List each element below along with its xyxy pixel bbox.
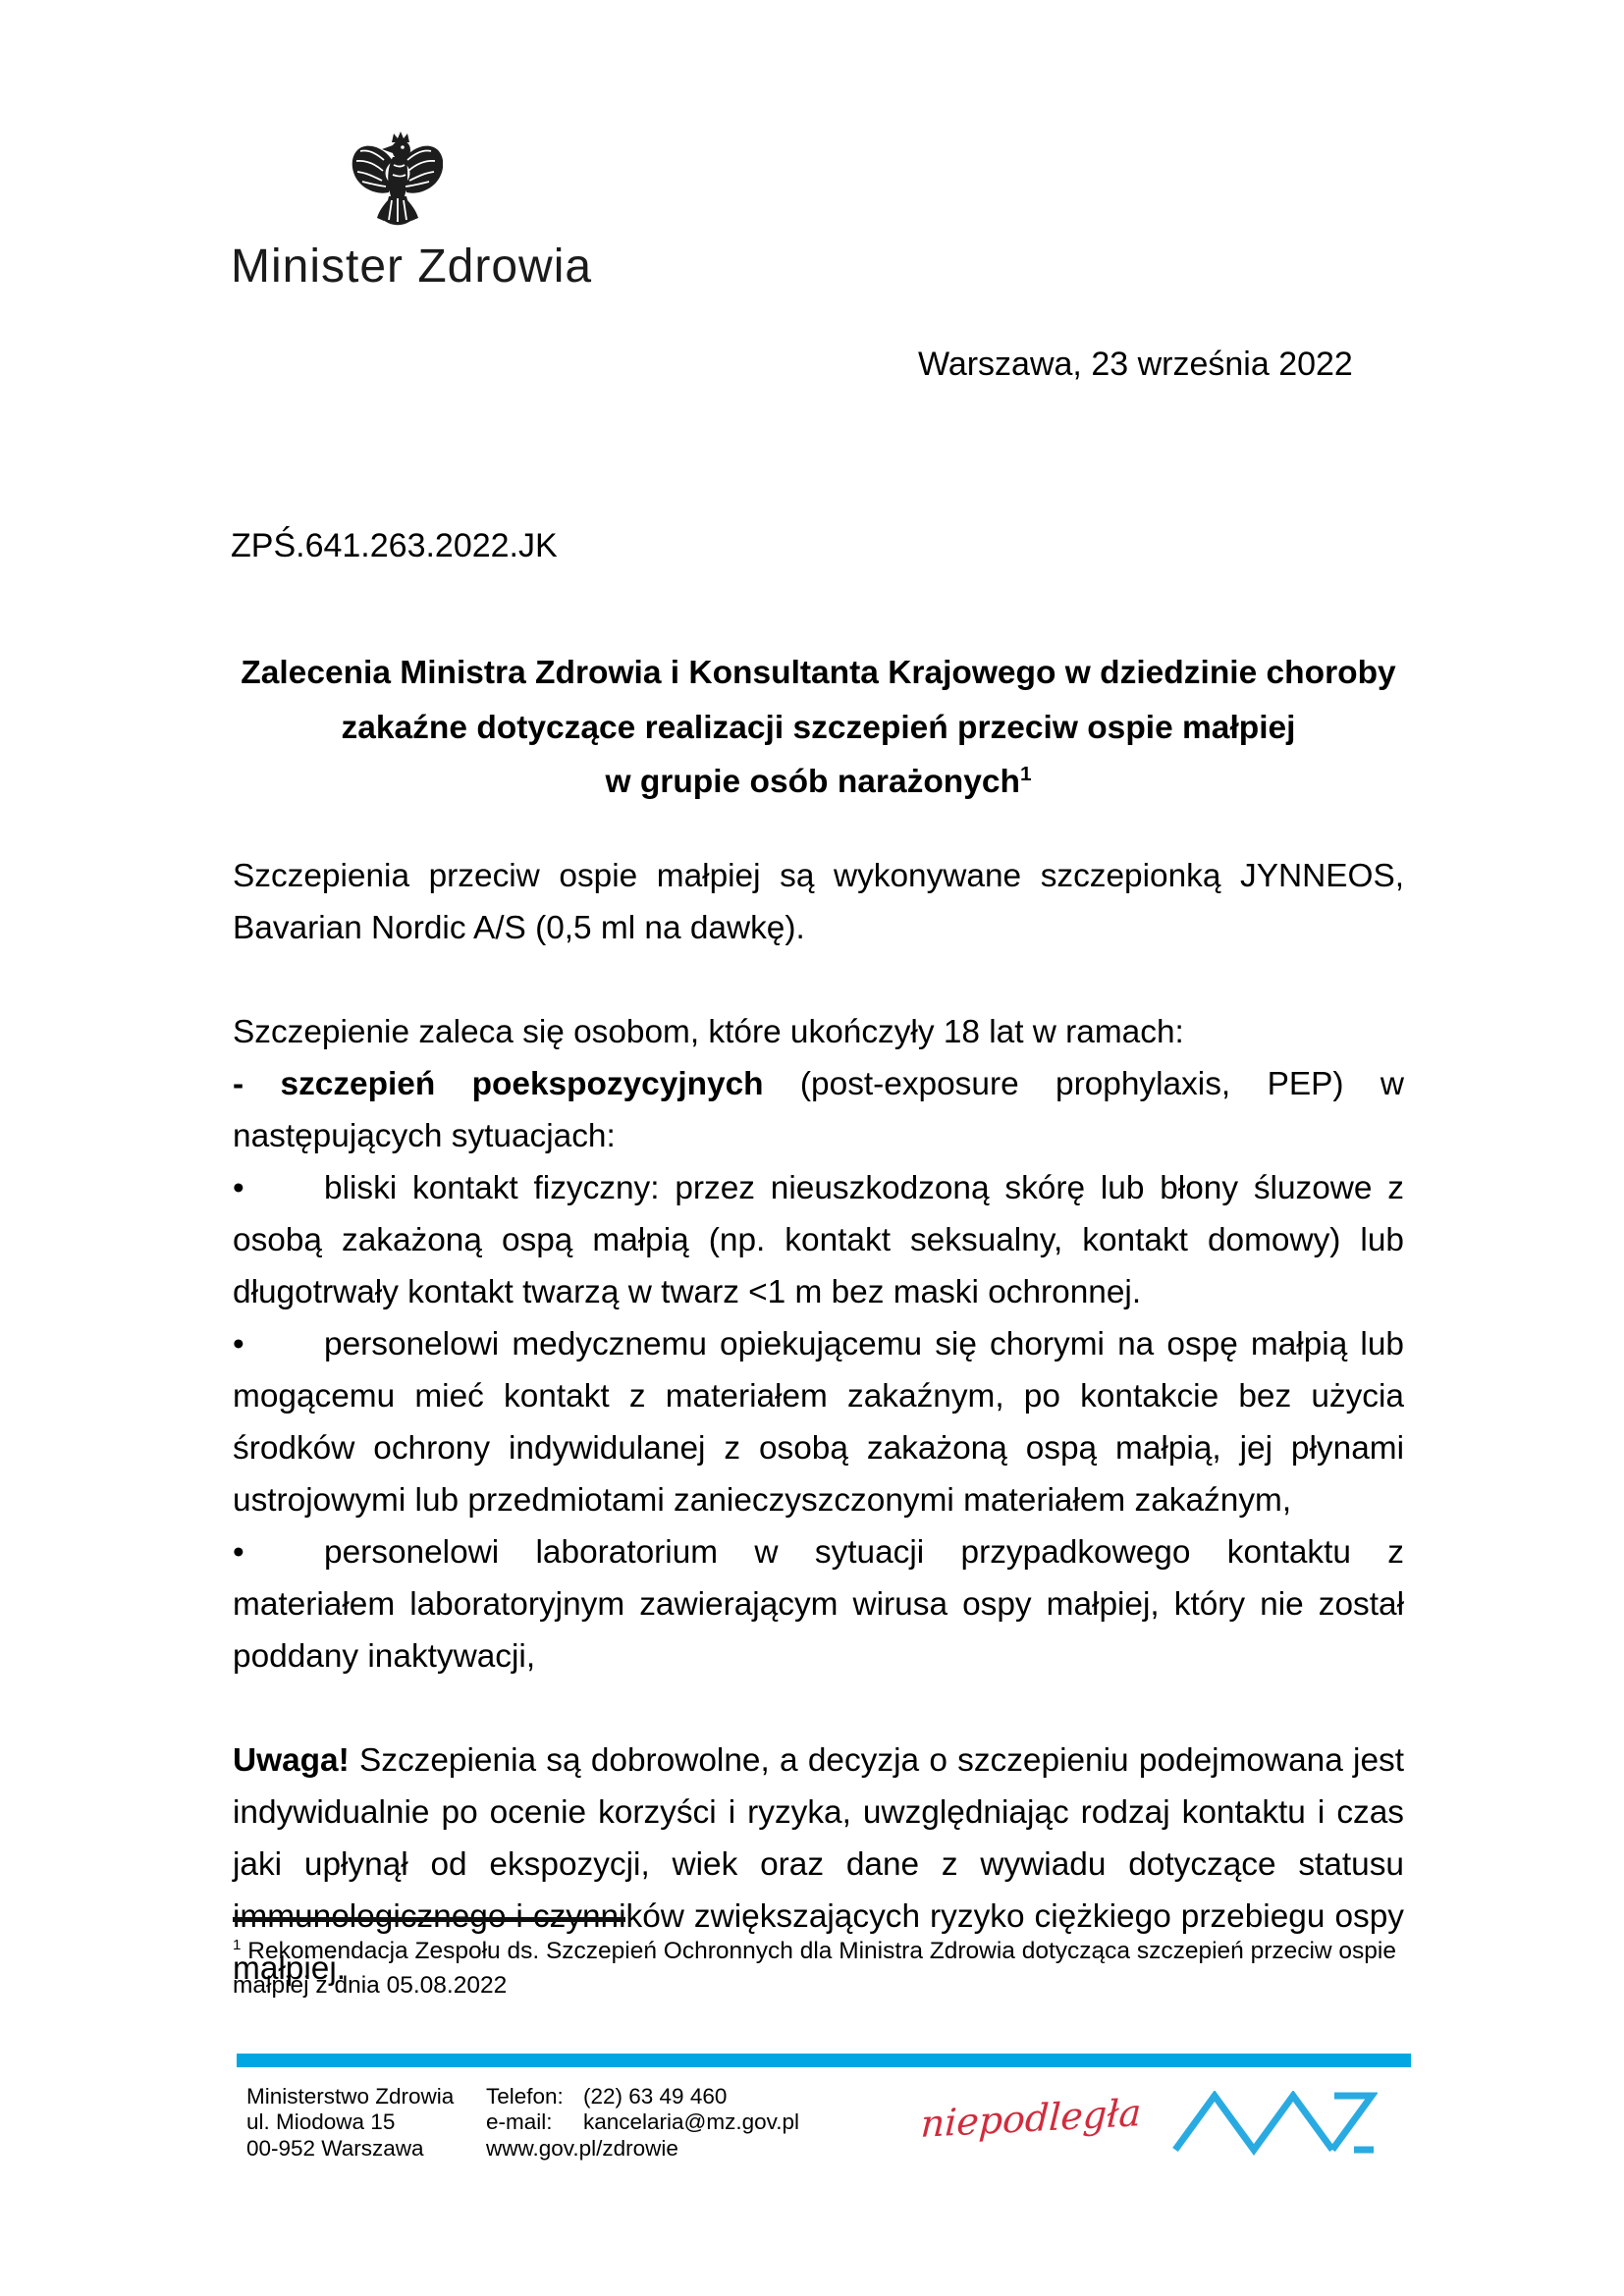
footnote: 1 Rekomendacja Zespołu ds. Szczepień Och… bbox=[233, 1934, 1396, 2002]
title-line: w grupie osób narażonych1 bbox=[233, 755, 1404, 810]
text-segment: Szczepienia przeciw ospie małpiej są wyk… bbox=[233, 858, 1404, 946]
document-title: Zalecenia Ministra Zdrowia i Konsultanta… bbox=[233, 646, 1404, 810]
footer-contact-value: kancelaria@mz.gov.pl bbox=[583, 2109, 799, 2134]
footer-contact-label: Telefon: bbox=[486, 2084, 583, 2109]
footer-address-line: Ministerstwo Zdrowia bbox=[246, 2084, 454, 2109]
paragraph: - szczepień poekspozycyjnych (post-expos… bbox=[233, 1058, 1404, 1162]
footer-contact-row: e-mail:kancelaria@mz.gov.pl bbox=[486, 2109, 799, 2135]
footer-contact-label: www.gov.pl/zdrowie bbox=[486, 2136, 678, 2162]
polish-eagle-emblem bbox=[349, 130, 443, 241]
footer-contact-row: Telefon:(22) 63 49 460 bbox=[486, 2084, 799, 2109]
reference-number: ZPŚ.641.263.2022.JK bbox=[231, 527, 558, 565]
footer-accent-bar bbox=[237, 2054, 1411, 2067]
document-page: Minister Zdrowia Warszawa, 23 września 2… bbox=[0, 0, 1624, 2296]
text-segment: - szczepień poekspozycyjnych bbox=[233, 1066, 764, 1102]
document-body: Szczepienia przeciw ospie małpiej są wyk… bbox=[233, 850, 1404, 1995]
bullet-item: •personelowi laboratorium w sytuacji prz… bbox=[233, 1526, 1404, 1682]
text-segment: personelowi laboratorium w sytuacji przy… bbox=[233, 1534, 1404, 1675]
text-segment: Uwaga! bbox=[233, 1742, 350, 1779]
footer-contact: Telefon:(22) 63 49 460e-mail:kancelaria@… bbox=[486, 2084, 799, 2162]
ministry-name: Minister Zdrowia bbox=[231, 240, 592, 294]
bullet-marker: • bbox=[233, 1162, 324, 1214]
title-line: Zalecenia Ministra Zdrowia i Konsultanta… bbox=[233, 646, 1404, 701]
bullet-item: •bliski kontakt fizyczny: przez nieuszko… bbox=[233, 1162, 1404, 1318]
title-footnote-reference: 1 bbox=[1020, 763, 1032, 785]
text-segment: Szczepienie zaleca się osobom, które uko… bbox=[233, 1014, 1184, 1050]
bullet-marker: • bbox=[233, 1526, 324, 1578]
footer-address-line: ul. Miodowa 15 bbox=[246, 2109, 454, 2135]
text-segment: bliski kontakt fizyczny: przez nieuszkod… bbox=[233, 1170, 1404, 1310]
dateline: Warszawa, 23 września 2022 bbox=[918, 346, 1353, 384]
bullet-item: •personelowi medycznemu opiekującemu się… bbox=[233, 1318, 1404, 1526]
mz-ministry-logo bbox=[1171, 2091, 1378, 2156]
niepodlegla-script-logo: niepodległa bbox=[907, 2090, 1155, 2146]
footer-contact-label: e-mail: bbox=[486, 2109, 583, 2135]
footnote-text: Rekomendacja Zespołu ds. Szczepień Ochro… bbox=[233, 1938, 1396, 1999]
footer-address: Ministerstwo Zdrowiaul. Miodowa 1500-952… bbox=[246, 2084, 454, 2162]
footer-address-line: 00-952 Warszawa bbox=[246, 2136, 454, 2162]
title-line: zakaźne dotyczące realizacji szczepień p… bbox=[233, 701, 1404, 756]
paragraph: Szczepienie zaleca się osobom, które uko… bbox=[233, 1006, 1404, 1058]
footer-contact-row: www.gov.pl/zdrowie bbox=[486, 2136, 799, 2162]
paragraph: Szczepienia przeciw ospie małpiej są wyk… bbox=[233, 850, 1404, 954]
footer-contact-value: (22) 63 49 460 bbox=[583, 2084, 727, 2109]
text-segment: personelowi medycznemu opiekującemu się … bbox=[233, 1326, 1404, 1519]
footnote-divider bbox=[233, 1917, 625, 1922]
bullet-marker: • bbox=[233, 1318, 324, 1370]
